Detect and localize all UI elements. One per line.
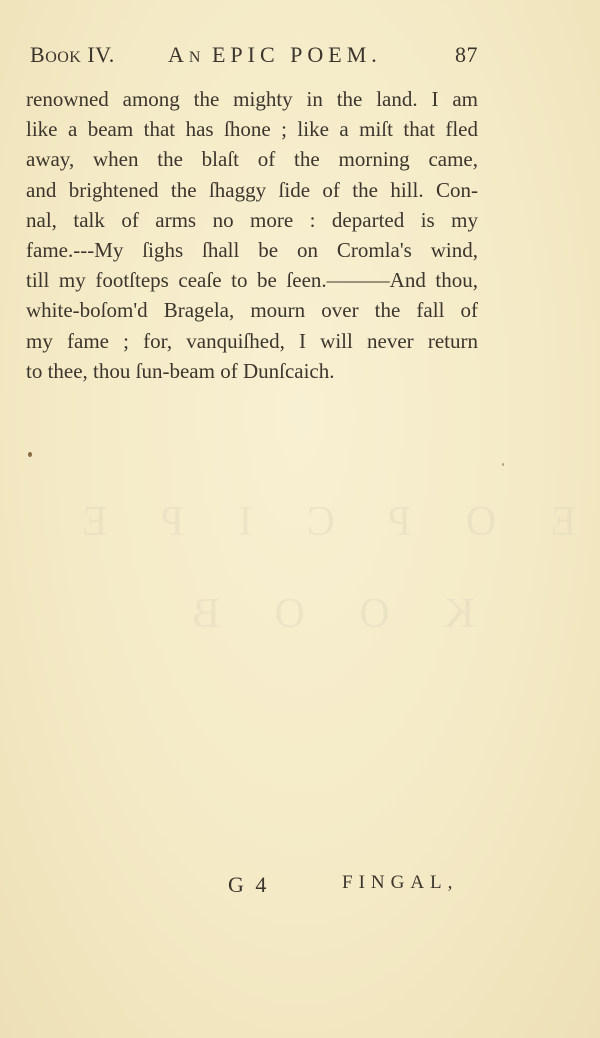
- body-text: renowned among the mighty in the land. I…: [26, 84, 478, 386]
- text-line: fame.---My ſighs ſhall be on Cromla's wi…: [26, 235, 478, 265]
- text-line: nal, talk of arms no more : departed is …: [26, 205, 478, 235]
- page-number: 87: [455, 42, 478, 68]
- text-line: till my footſteps ceaſe to be ſeen.———An…: [26, 265, 478, 295]
- catchword: FINGAL,: [342, 872, 458, 894]
- text-line: white-boſom'd Bragela, mourn over the fa…: [26, 295, 478, 325]
- text-line: to thee, thou ſun-beam of Dunſcaich.: [26, 356, 478, 386]
- book-label: BOOK IV.: [30, 42, 115, 68]
- text-line: my fame ; for, vanquiſhed, I will never …: [26, 326, 478, 356]
- show-through-text-2: K O O B: [170, 590, 475, 638]
- ink-speck: [502, 463, 504, 466]
- book-page: M E O P C I P E K O O B BOOK IV. AN EPIC…: [0, 0, 600, 1038]
- running-title: AN EPIC POEM.: [168, 42, 382, 68]
- text-line: and brightened the ſhaggy ſide of the hi…: [26, 175, 478, 205]
- ink-speck: [28, 452, 32, 457]
- running-header: BOOK IV. AN EPIC POEM. 87: [30, 42, 480, 72]
- signature-mark: G 4: [228, 872, 269, 898]
- text-line: renowned among the mighty in the land. I…: [26, 84, 478, 114]
- text-line: away, when the blaſt of the morning came…: [26, 144, 478, 174]
- show-through-text-1: M E O P C I P E: [60, 498, 600, 546]
- text-line: like a beam that has ſhone ; like a miſt…: [26, 114, 478, 144]
